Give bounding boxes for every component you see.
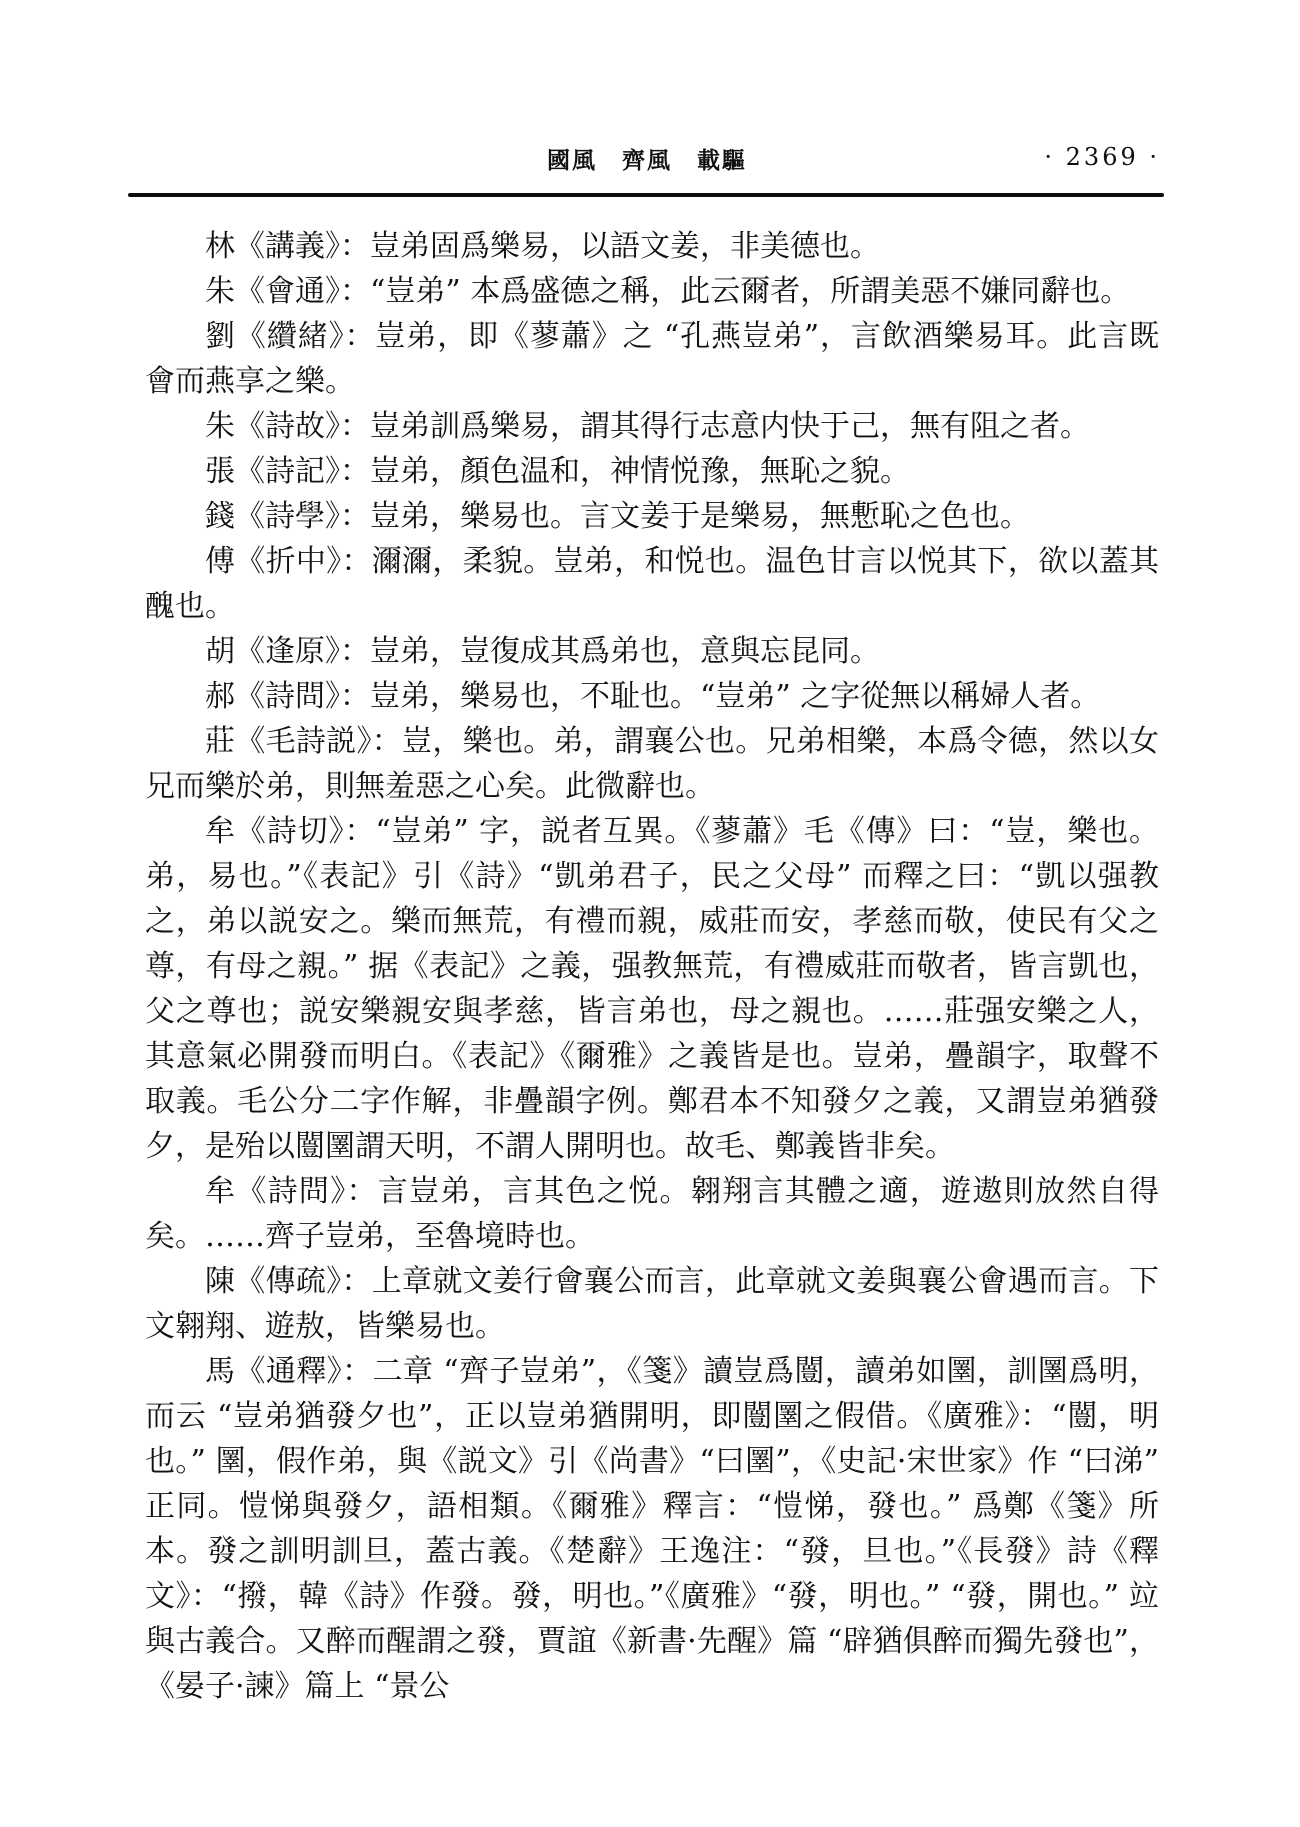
paragraph: 傅《折中》：濔濔，柔貌。豈弟，和悦也。温色甘言以悦其下，欲以蓋其醜也。 [145,539,1159,629]
scanned-book-page: 國風 齊風 載驅 · 2369 · 林《講義》：豈弟固爲樂易，以語文姜，非美德也… [0,0,1300,1827]
paragraph: 林《講義》：豈弟固爲樂易，以語文姜，非美德也。 [145,224,1159,269]
paragraph: 郝《詩問》：豈弟，樂易也，不耻也。“豈弟” 之字從無以稱婦人者。 [145,674,1159,719]
paragraph: 牟《詩問》：言豈弟，言其色之悦。翱翔言其體之適，遊遨則放然自得矣。……齊子豈弟，… [145,1169,1159,1259]
paragraph: 胡《逢原》：豈弟，豈復成其爲弟也，意與忘昆同。 [145,629,1159,674]
paragraph: 朱《會通》：“豈弟” 本爲盛德之稱，此云爾者，所謂美惡不嫌同辭也。 [145,269,1159,314]
paragraph: 錢《詩學》：豈弟，樂易也。言文姜于是樂易，無慙恥之色也。 [145,494,1159,539]
paragraph: 劉《纘緒》：豈弟，即《蓼蕭》之 “孔燕豈弟”，言飲酒樂易耳。此言既會而燕享之樂。 [145,314,1159,404]
paragraph: 馬《通釋》：二章 “齊子豈弟”，《箋》讀豈爲闓，讀弟如圛，訓圛爲明，而云 “豈弟… [145,1349,1159,1709]
commentary-paragraphs: 林《講義》：豈弟固爲樂易，以語文姜，非美德也。朱《會通》：“豈弟” 本爲盛德之稱… [145,224,1159,1709]
page-number: · 2369 · [1044,143,1160,171]
paragraph: 張《詩記》：豈弟，顏色温和，神情悦豫，無恥之貌。 [145,449,1159,494]
paragraph: 莊《毛詩説》：豈，樂也。弟，謂襄公也。兄弟相樂，本爲令德，然以女兄而樂於弟，則無… [145,719,1159,809]
paragraph: 陳《傳疏》：上章就文姜行會襄公而言，此章就文姜與襄公會遇而言。下文翱翔、遊敖，皆… [145,1259,1159,1349]
header-divider-rule [128,193,1164,197]
paragraph: 朱《詩故》：豈弟訓爲樂易，謂其得行志意内快于己，無有阻之者。 [145,404,1159,449]
chapter-title: 國風 齊風 載驅 [130,142,1164,175]
paragraph: 牟《詩切》：“豈弟” 字，説者互異。《蓼蕭》毛《傳》曰：“豈，樂也。弟，易也。”… [145,809,1159,1169]
running-head: 國風 齊風 載驅 · 2369 · [130,142,1164,176]
